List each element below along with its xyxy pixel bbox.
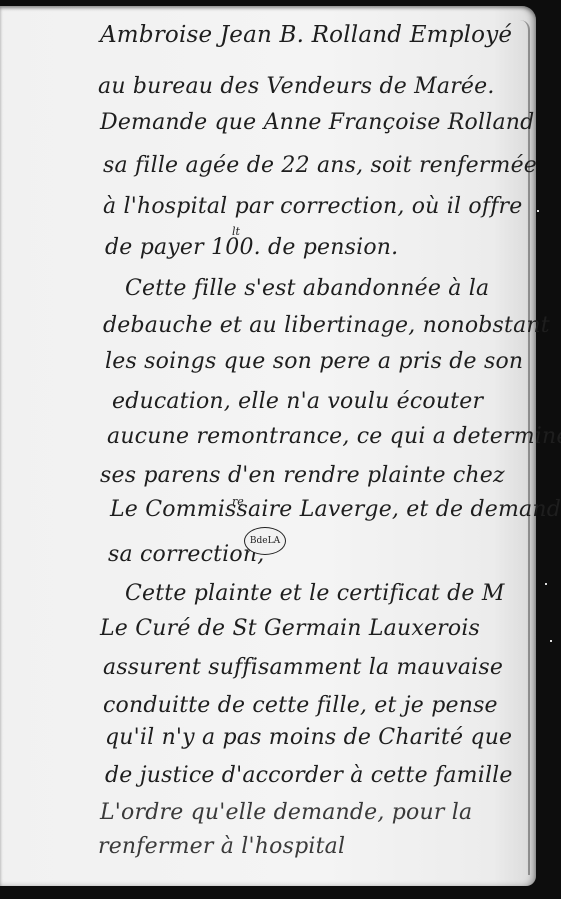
text-line-19: qu'il n'y a pas moins de Charité que bbox=[105, 725, 512, 750]
text-line-8: debauche et au libertinage, nonobstant bbox=[103, 313, 550, 338]
text-line-11: aucune remontrance, ce qui a determiné bbox=[107, 424, 561, 449]
text-line-10: education, elle n'a voulu écouter bbox=[112, 389, 483, 414]
text-line-3: Demande que Anne Françoise Rolland bbox=[100, 110, 534, 135]
archive-stamp: BdeLA bbox=[244, 527, 286, 555]
text-line-18: conduitte de cette fille, et je pense bbox=[103, 693, 498, 718]
text-line-7: Cette fille s'est abandonnée à la bbox=[125, 276, 489, 301]
text-line-1: Ambroise Jean B. Rolland Employé bbox=[100, 22, 512, 48]
text-line-2: au bureau des Vendeurs de Marée. bbox=[98, 74, 495, 99]
text-line-15: Cette plainte et le certificat de M bbox=[125, 581, 505, 606]
superscript-commissaire: re bbox=[232, 495, 244, 508]
text-line-12: ses parens d'en rendre plainte chez bbox=[100, 463, 505, 488]
text-line-6: de payer 100. de pension. bbox=[105, 235, 398, 260]
text-line-17: assurent suffisamment la mauvaise bbox=[103, 655, 503, 680]
text-line-21: L'ordre qu'elle demande, pour la bbox=[100, 800, 472, 825]
text-line-20: de justice d'accorder à cette famille bbox=[105, 763, 513, 788]
text-line-13: Le Commissaire Laverge, et de demander bbox=[110, 497, 561, 522]
stamp-label: BdeLA bbox=[250, 536, 280, 546]
scan-speck bbox=[545, 583, 547, 585]
text-line-16: Le Curé de St Germain Lauxerois bbox=[100, 616, 480, 641]
text-line-5: à l'hospital par correction, où il offre bbox=[103, 194, 522, 219]
scan-speck bbox=[550, 640, 552, 642]
text-line-14: sa correction, bbox=[108, 542, 264, 567]
superscript-livres: lt bbox=[232, 225, 240, 238]
text-line-22: renfermer à l'hospital bbox=[98, 834, 345, 859]
text-line-9: les soings que son pere a pris de son bbox=[105, 349, 523, 374]
text-line-4: sa fille agée de 22 ans, soit renfermée bbox=[103, 153, 537, 178]
scan-speck bbox=[537, 210, 539, 212]
